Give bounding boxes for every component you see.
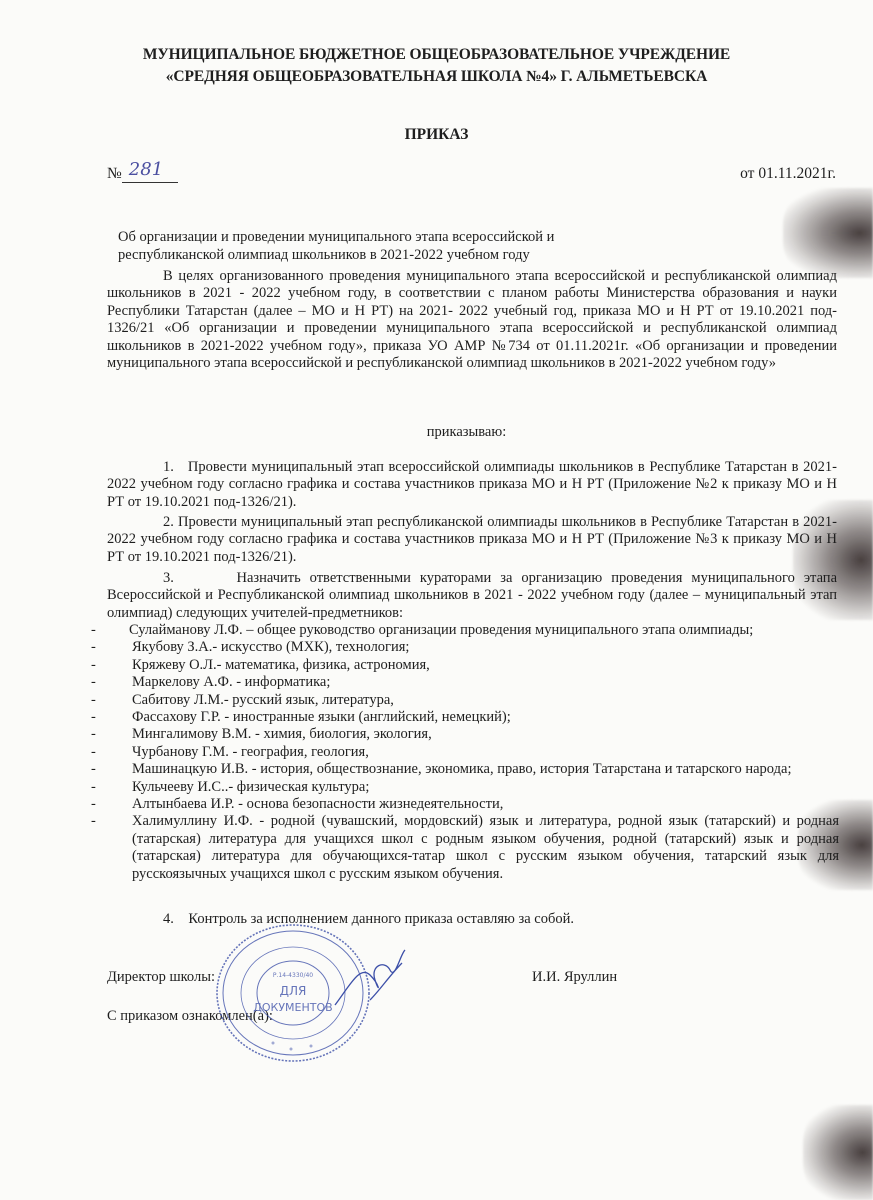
curator-item: -Маркелову А.Ф. - информатика; <box>107 674 839 691</box>
number-underline: 281 <box>122 165 178 183</box>
number-label: № <box>107 165 122 182</box>
order-item-2: 2. Провести муниципальный этап республик… <box>107 514 837 566</box>
scan-smudge <box>783 188 873 278</box>
curator-item: -Алтынбаева И.Р. - основа безопасности ж… <box>107 796 839 813</box>
subject-line-2: республиканской олимпиад школьников в 20… <box>118 246 638 264</box>
list-dash: - <box>91 796 96 813</box>
curators-list: -Сулайманову Л.Ф. – общее руководство ор… <box>107 622 839 883</box>
order-date: от 01.11.2021г. <box>740 165 836 183</box>
curator-item: -Халимуллину И.Ф. - родной (чувашский, м… <box>107 813 839 883</box>
svg-text:ДОКУМЕНТОВ: ДОКУМЕНТОВ <box>253 1001 332 1014</box>
document-page: МУНИЦИПАЛЬНОЕ БЮДЖЕТНОЕ ОБЩЕОБРАЗОВАТЕЛЬ… <box>0 0 873 1200</box>
item-text: Провести муниципальный этап всероссийско… <box>107 459 837 510</box>
scan-smudge <box>803 1105 873 1200</box>
curator-item: -Чурбанову Г.М. - география, геология, <box>107 744 839 761</box>
director-name: И.И. Яруллин <box>532 969 617 986</box>
order-subject: Об организации и проведении муниципально… <box>118 228 638 264</box>
curator-item: -Кульчееву И.С..- физическая культура; <box>107 779 839 796</box>
list-dash: - <box>91 744 96 761</box>
list-dash: - <box>91 622 96 639</box>
header-line-2: «СРЕДНЯЯ ОБЩЕОБРАЗОВАТЕЛЬНАЯ ШКОЛА №4» Г… <box>0 66 873 88</box>
item-text: Провести муниципальный этап республиканс… <box>107 514 837 565</box>
curator-item: -Сулайманову Л.Ф. – общее руководство ор… <box>107 622 839 639</box>
item-number: 4. <box>163 911 174 927</box>
curator-item: -Сабитову Л.М.- русский язык, литература… <box>107 692 839 709</box>
item-number: 3. <box>163 570 174 586</box>
list-dash: - <box>91 761 96 778</box>
svg-text:ДЛЯ: ДЛЯ <box>280 984 307 998</box>
subject-line-1: Об организации и проведении муниципально… <box>118 228 638 246</box>
svg-text:Р.14-4330/40: Р.14-4330/40 <box>273 972 313 979</box>
document-title: ПРИКАЗ <box>0 126 873 144</box>
curator-item: -Мингалимову В.М. - химия, биология, эко… <box>107 726 839 743</box>
list-dash: - <box>91 709 96 726</box>
list-dash: - <box>91 779 96 796</box>
list-dash: - <box>91 674 96 691</box>
school-header: МУНИЦИПАЛЬНОЕ БЮДЖЕТНОЕ ОБЩЕОБРАЗОВАТЕЛЬ… <box>0 44 873 88</box>
list-dash: - <box>91 726 96 743</box>
curator-item: -Фассахову Г.Р. - иностранные языки (анг… <box>107 709 839 726</box>
number-handwritten: 281 <box>129 159 163 180</box>
order-item-1: 1. Провести муниципальный этап всероссий… <box>107 459 837 511</box>
item-text: Назначить ответственными кураторами за о… <box>107 570 837 621</box>
curator-item: -Машинацкую И.В. - история, обществознан… <box>107 761 839 778</box>
list-dash: - <box>91 813 96 830</box>
intro-paragraph: В целях организованного проведения муниц… <box>107 268 837 372</box>
order-number: №281 <box>107 165 178 183</box>
header-line-1: МУНИЦИПАЛЬНОЕ БЮДЖЕТНОЕ ОБЩЕОБРАЗОВАТЕЛЬ… <box>0 44 873 66</box>
item-number: 1. <box>163 459 174 475</box>
decree-word: приказываю: <box>0 424 873 441</box>
list-dash: - <box>91 657 96 674</box>
order-item-3: 3. Назначить ответственными кураторами з… <box>107 570 837 622</box>
list-dash: - <box>91 692 96 709</box>
director-label: Директор школы: <box>107 969 215 986</box>
list-dash: - <box>91 639 96 656</box>
director-signature-icon <box>330 945 410 1015</box>
curator-item: -Якубову З.А.- искусство (МХК), технолог… <box>107 639 839 656</box>
item-number: 2. <box>163 514 174 530</box>
curator-item: -Кряжеву О.Л.- математика, физика, астро… <box>107 657 839 674</box>
